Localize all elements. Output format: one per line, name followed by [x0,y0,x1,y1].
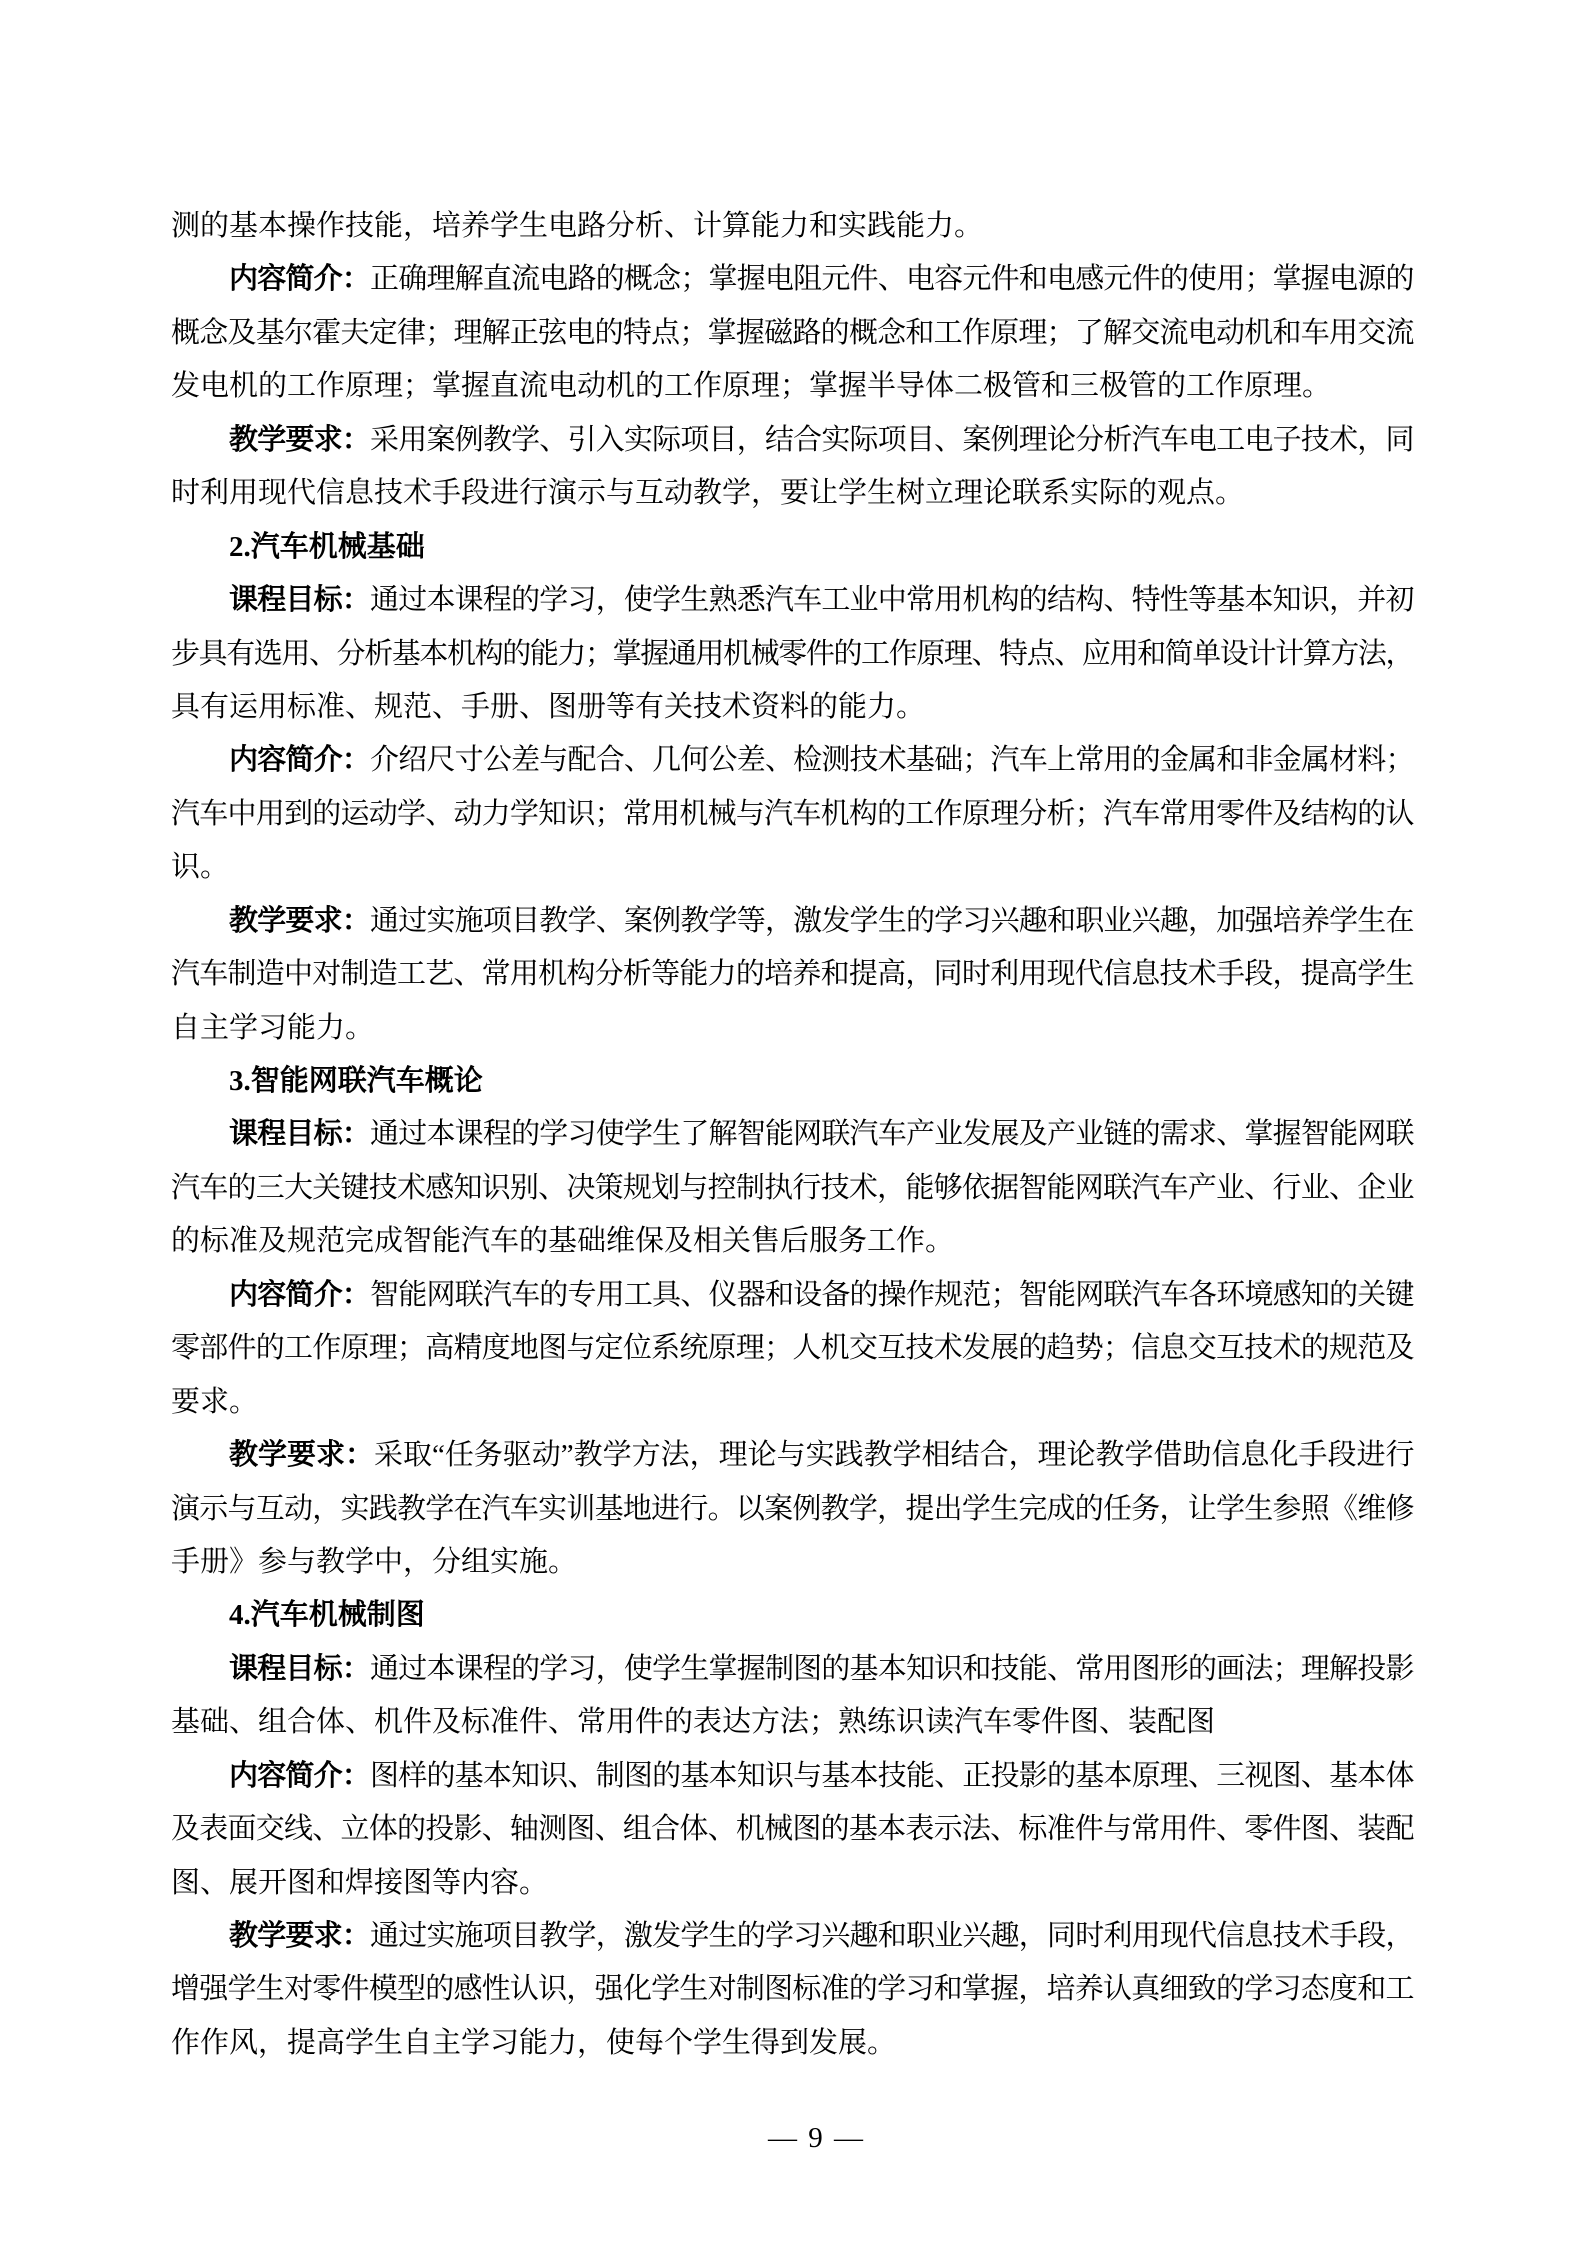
line-text: 智能网联汽车的专用工具、仪器和设备的操作规范；智能网联汽车各环境感知的关键 [370,1279,1413,1311]
course-heading: 3.智能网联汽车概论 [171,1055,1413,1108]
text-line: 的标准及规范完成智能汽车的基础维保及相关售后服务工作。 [171,1215,1413,1268]
paragraph-label: 教学要求： [229,424,370,456]
text-line: 识。 [171,841,1413,894]
text-line: 教学要求：采取“任务驱动”教学方法，理论与实践教学相结合，理论教学借助信息化手段… [171,1429,1413,1482]
text-line: 内容简介：智能网联汽车的专用工具、仪器和设备的操作规范；智能网联汽车各环境感知的… [171,1269,1413,1322]
text-line: 测的基本操作技能，培养学生电路分析、计算能力和实践能力。 [171,200,1413,253]
paragraph-label: 教学要求： [229,1920,370,1952]
line-text: 通过本课程的学习，使学生掌握制图的基本知识和技能、常用图形的画法；理解投影 [370,1653,1413,1685]
line-text: 采用案例教学、引入实际项目，结合实际项目、案例理论分析汽车电工电子技术，同 [370,424,1413,456]
paragraph-label: 教学要求： [229,905,370,937]
paragraph-label: 内容简介： [229,1760,370,1792]
text-line: 课程目标：通过本课程的学习，使学生掌握制图的基本知识和技能、常用图形的画法；理解… [171,1643,1413,1696]
line-text: 通过实施项目教学，激发学生的学习兴趣和职业兴趣，同时利用现代信息技术手段， [370,1920,1413,1952]
line-text: 正确理解直流电路的概念；掌握电阻元件、电容元件和电感元件的使用；掌握电源的 [370,263,1413,295]
text-line: 步具有选用、分析基本机构的能力；掌握通用机械零件的工作原理、特点、应用和简单设计… [171,628,1413,681]
paragraph-label: 教学要求： [229,1439,374,1471]
line-text: 采取“任务驱动”教学方法，理论与实践教学相结合，理论教学借助信息化手段进行 [374,1439,1413,1471]
text-line: 教学要求：通过实施项目教学，激发学生的学习兴趣和职业兴趣，同时利用现代信息技术手… [171,1910,1413,1963]
document-body: 测的基本操作技能，培养学生电路分析、计算能力和实践能力。 内容简介：正确理解直流… [171,200,1413,2070]
text-line: 作作风，提高学生自主学习能力，使每个学生得到发展。 [171,2017,1413,2070]
course-heading: 4.汽车机械制图 [171,1589,1413,1642]
text-line: 要求。 [171,1376,1413,1429]
line-text: 介绍尺寸公差与配合、几何公差、检测技术基础；汽车上常用的金属和非金属材料； [370,744,1413,776]
text-line: 时利用现代信息技术手段进行演示与互动教学，要让学生树立理论联系实际的观点。 [171,467,1413,520]
text-line: 教学要求：通过实施项目教学、案例教学等，激发学生的学习兴趣和职业兴趣，加强培养学… [171,895,1413,948]
text-line: 图、展开图和焊接图等内容。 [171,1857,1413,1910]
text-line: 课程目标：通过本课程的学习，使学生熟悉汽车工业中常用机构的结构、特性等基本知识，… [171,574,1413,627]
text-line: 基础、组合体、机件及标准件、常用件的表达方法；熟练识读汽车零件图、装配图 [171,1696,1413,1749]
text-line: 内容简介：介绍尺寸公差与配合、几何公差、检测技术基础；汽车上常用的金属和非金属材… [171,734,1413,787]
text-line: 及表面交线、立体的投影、轴测图、组合体、机械图的基本表示法、标准件与常用件、零件… [171,1803,1413,1856]
text-line: 零部件的工作原理；高精度地图与定位系统原理；人机交互技术发展的趋势；信息交互技术… [171,1322,1413,1375]
text-line: 汽车制造中对制造工艺、常用机构分析等能力的培养和提高，同时利用现代信息技术手段，… [171,948,1413,1001]
text-line: 自主学习能力。 [171,1002,1413,1055]
course-heading: 2.汽车机械基础 [171,521,1413,574]
text-line: 概念及基尔霍夫定律；理解正弦电的特点；掌握磁路的概念和工作原理；了解交流电动机和… [171,307,1413,360]
paragraph-label: 课程目标： [229,584,370,616]
paragraph-label: 课程目标： [229,1118,370,1150]
line-text: 通过本课程的学习，使学生熟悉汽车工业中常用机构的结构、特性等基本知识，并初 [370,584,1413,616]
document-page: 测的基本操作技能，培养学生电路分析、计算能力和实践能力。 内容简介：正确理解直流… [0,0,1587,2245]
text-line: 课程目标：通过本课程的学习使学生了解智能网联汽车产业发展及产业链的需求、掌握智能… [171,1108,1413,1161]
paragraph-label: 课程目标： [229,1653,370,1685]
text-line: 汽车中用到的运动学、动力学知识；常用机械与汽车机构的工作原理分析；汽车常用零件及… [171,788,1413,841]
paragraph-label: 内容简介： [229,263,370,295]
paragraph-label: 内容简介： [229,744,370,776]
text-line: 汽车的三大关键技术感知识别、决策规划与控制执行技术，能够依据智能网联汽车产业、行… [171,1162,1413,1215]
text-line: 发电机的工作原理；掌握直流电动机的工作原理；掌握半导体二极管和三极管的工作原理。 [171,360,1413,413]
text-line: 具有运用标准、规范、手册、图册等有关技术资料的能力。 [171,681,1413,734]
text-line: 教学要求：采用案例教学、引入实际项目，结合实际项目、案例理论分析汽车电工电子技术… [171,414,1413,467]
paragraph-label: 内容简介： [229,1279,370,1311]
text-line: 演示与互动，实践教学在汽车实训基地进行。以案例教学，提出学生完成的任务，让学生参… [171,1483,1413,1536]
text-line: 内容简介：正确理解直流电路的概念；掌握电阻元件、电容元件和电感元件的使用；掌握电… [171,253,1413,306]
text-line: 内容简介：图样的基本知识、制图的基本知识与基本技能、正投影的基本原理、三视图、基… [171,1750,1413,1803]
line-text: 图样的基本知识、制图的基本知识与基本技能、正投影的基本原理、三视图、基本体 [370,1760,1413,1792]
text-line: 手册》参与教学中，分组实施。 [171,1536,1413,1589]
line-text: 通过实施项目教学、案例教学等，激发学生的学习兴趣和职业兴趣，加强培养学生在 [370,905,1413,937]
page-number: — 9 — [23,2112,1587,2165]
text-line: 增强学生对零件模型的感性认识，强化学生对制图标准的学习和掌握，培养认真细致的学习… [171,1963,1413,2016]
line-text: 通过本课程的学习使学生了解智能网联汽车产业发展及产业链的需求、掌握智能网联 [370,1118,1413,1150]
